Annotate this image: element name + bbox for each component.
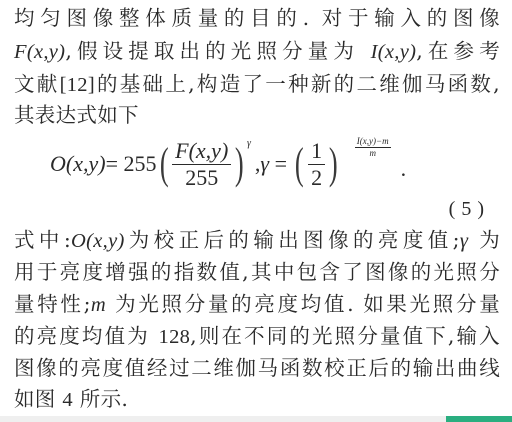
exp-denominator: m bbox=[369, 148, 376, 159]
text-span: 均匀图像整体质量的目的. 对于输入的图像 bbox=[14, 6, 500, 30]
right-paren: ) bbox=[329, 142, 338, 186]
citation-ref: [12] bbox=[60, 74, 95, 96]
text-span: 量特性; bbox=[14, 292, 91, 316]
fraction-one-half: 1 2 bbox=[308, 139, 325, 190]
text-span: 文献 bbox=[14, 72, 60, 96]
text-span: ,在参考 bbox=[416, 39, 500, 63]
scroll-progress-bar bbox=[446, 416, 512, 422]
text-line-2: F(x,y),假设提取出的光照分量为 I(x,y),在参考 bbox=[14, 37, 500, 66]
text-span: ,假设提取出的光照分量为 bbox=[65, 39, 370, 63]
eq-period: . bbox=[401, 156, 407, 182]
text-span: 式中: bbox=[14, 228, 71, 252]
math-I-xy: I(x,y) bbox=[371, 41, 417, 63]
math-gamma: γ bbox=[460, 230, 468, 252]
figure-ref-number: 4 bbox=[62, 389, 73, 411]
text-line-10: 如图 4 所示. bbox=[14, 385, 500, 414]
text-span: 为 bbox=[468, 228, 500, 252]
math-m: m bbox=[91, 294, 106, 316]
text-line-4: 其表达式如下 bbox=[14, 101, 500, 129]
text-span: 图像的亮度值经过二维伽马函数校正后的输出曲线 bbox=[14, 356, 500, 380]
left-paren: ( bbox=[295, 142, 304, 186]
eq-equals-255: = 255 bbox=[106, 151, 157, 177]
equation-number: (5) bbox=[449, 198, 490, 221]
text-span: 为光照分量的亮度均值. 如果光照分量 bbox=[106, 292, 500, 316]
math-F-xy: F(x,y) bbox=[14, 41, 65, 63]
text-line-5: 式中:O(x,y)为校正后的输出图像的亮度值;γ 为 bbox=[14, 226, 500, 255]
text-line-9: 图像的亮度值经过二维伽马函数校正后的输出曲线 bbox=[14, 354, 500, 382]
document-page: 均匀图像整体质量的目的. 对于输入的图像 F(x,y),假设提取出的光照分量为 … bbox=[0, 0, 512, 422]
text-span: 所示. bbox=[73, 387, 128, 411]
exp-numerator: I(x,y)−m bbox=[355, 136, 391, 148]
gamma-symbol: γ bbox=[260, 151, 269, 177]
eq-equals: = bbox=[269, 151, 292, 177]
text-line-7: 量特性;m 为光照分量的亮度均值. 如果光照分量 bbox=[14, 290, 500, 319]
text-span: 如图 bbox=[14, 387, 62, 411]
frac-numerator: 1 bbox=[308, 139, 325, 165]
bottom-divider bbox=[0, 416, 512, 422]
text-span: ,则在不同的光照分量值下,输入 bbox=[190, 324, 500, 348]
frac-denominator: 2 bbox=[311, 165, 322, 190]
text-span: 为校正后的输出图像的亮度值; bbox=[125, 228, 460, 252]
number-128: 128 bbox=[159, 326, 191, 348]
exponent-fraction: I(x,y)−m m bbox=[355, 136, 391, 159]
eq-lhs: O(x,y) bbox=[50, 151, 106, 177]
text-span: 用于亮度增强的指数值,其中包含了图像的光照分 bbox=[14, 260, 500, 284]
text-span: 的亮度均值为 bbox=[14, 324, 159, 348]
right-paren: ) bbox=[235, 142, 244, 186]
text-line-3: 文献[12]的基础上,构造了一种新的二维伽马函数, bbox=[14, 70, 500, 99]
text-line-8: 的亮度均值为 128,则在不同的光照分量值下,输入 bbox=[14, 322, 500, 351]
fraction-F-over-255: F(x,y) 255 bbox=[172, 139, 231, 190]
text-line-1: 均匀图像整体质量的目的. 对于输入的图像 bbox=[14, 4, 500, 32]
frac-numerator: F(x,y) bbox=[172, 139, 231, 165]
text-span: 其表达式如下 bbox=[14, 103, 139, 127]
text-line-6: 用于亮度增强的指数值,其中包含了图像的光照分 bbox=[14, 258, 500, 286]
text-span: 的基础上,构造了一种新的二维伽马函数, bbox=[95, 72, 500, 96]
left-paren: ( bbox=[159, 142, 168, 186]
math-O-xy: O(x,y) bbox=[71, 230, 125, 252]
equation-5: O(x,y) = 255 ( F(x,y) 255 ) γ , γ = ( 1 … bbox=[50, 134, 470, 194]
exponent-gamma: γ bbox=[247, 138, 251, 149]
frac-denominator: 255 bbox=[185, 165, 218, 190]
